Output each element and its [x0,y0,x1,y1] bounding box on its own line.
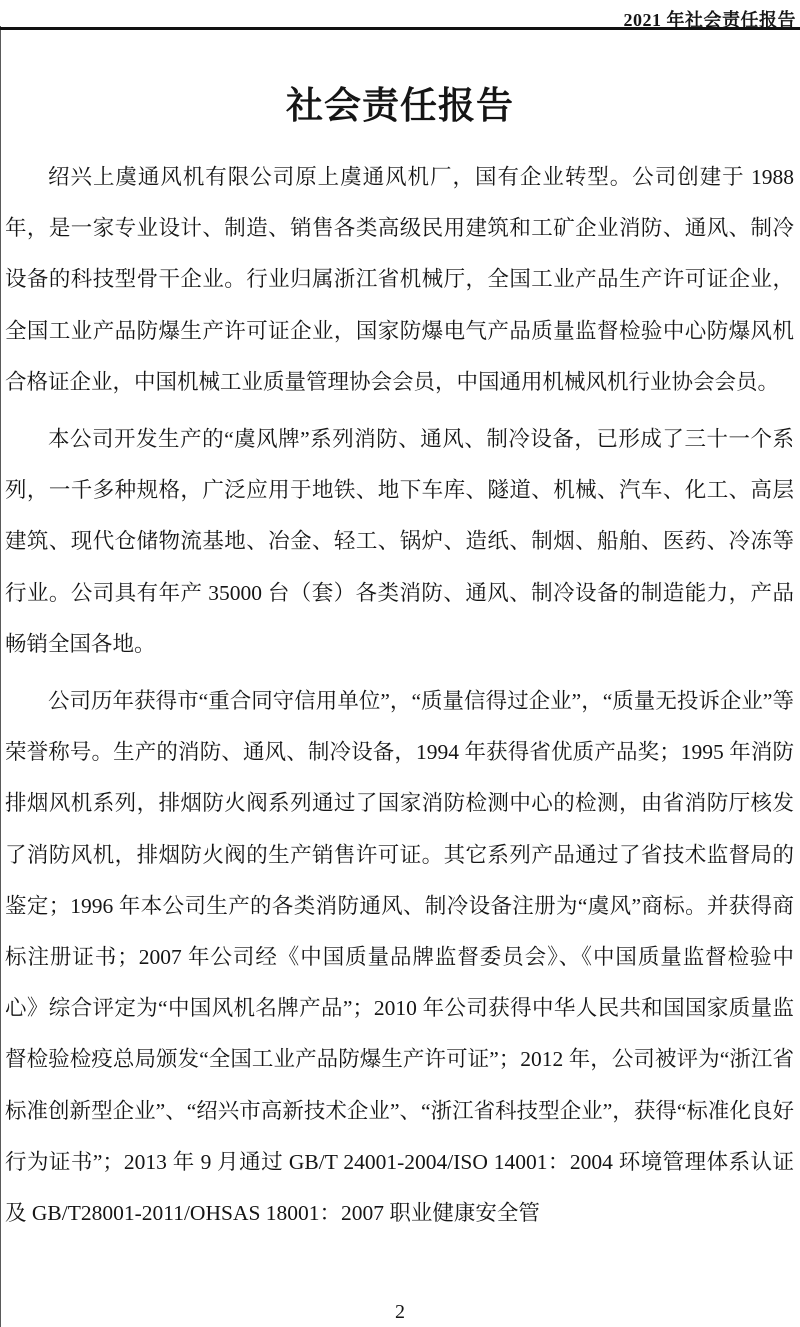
paragraph-honors: 公司历年获得市“重合同守信用单位”，“质量信得过企业”，“质量无投诉企业”等荣誉… [5,676,794,1239]
page-number: 2 [395,1301,405,1323]
paragraph-company-intro: 绍兴上虞通风机有限公司原上虞通风机厂，国有企业转型。公司创建于 1988 年，是… [5,152,794,408]
page-header: 2021 年社会责任报告 [0,0,800,30]
running-header-title: 2021 年社会责任报告 [624,0,800,32]
scan-edge-line [0,26,1,1327]
page-footer: 2 [0,1301,800,1323]
document-body: 绍兴上虞通风机有限公司原上虞通风机厂，国有企业转型。公司创建于 1988 年，是… [5,152,794,1245]
document-title: 社会责任报告 [0,84,800,130]
paragraph-products: 本公司开发生产的“虞风牌”系列消防、通风、制冷设备，已形成了三十一个系列，一千多… [5,414,794,670]
report-page: 2021 年社会责任报告 社会责任报告 绍兴上虞通风机有限公司原上虞通风机厂，国… [0,0,800,1327]
